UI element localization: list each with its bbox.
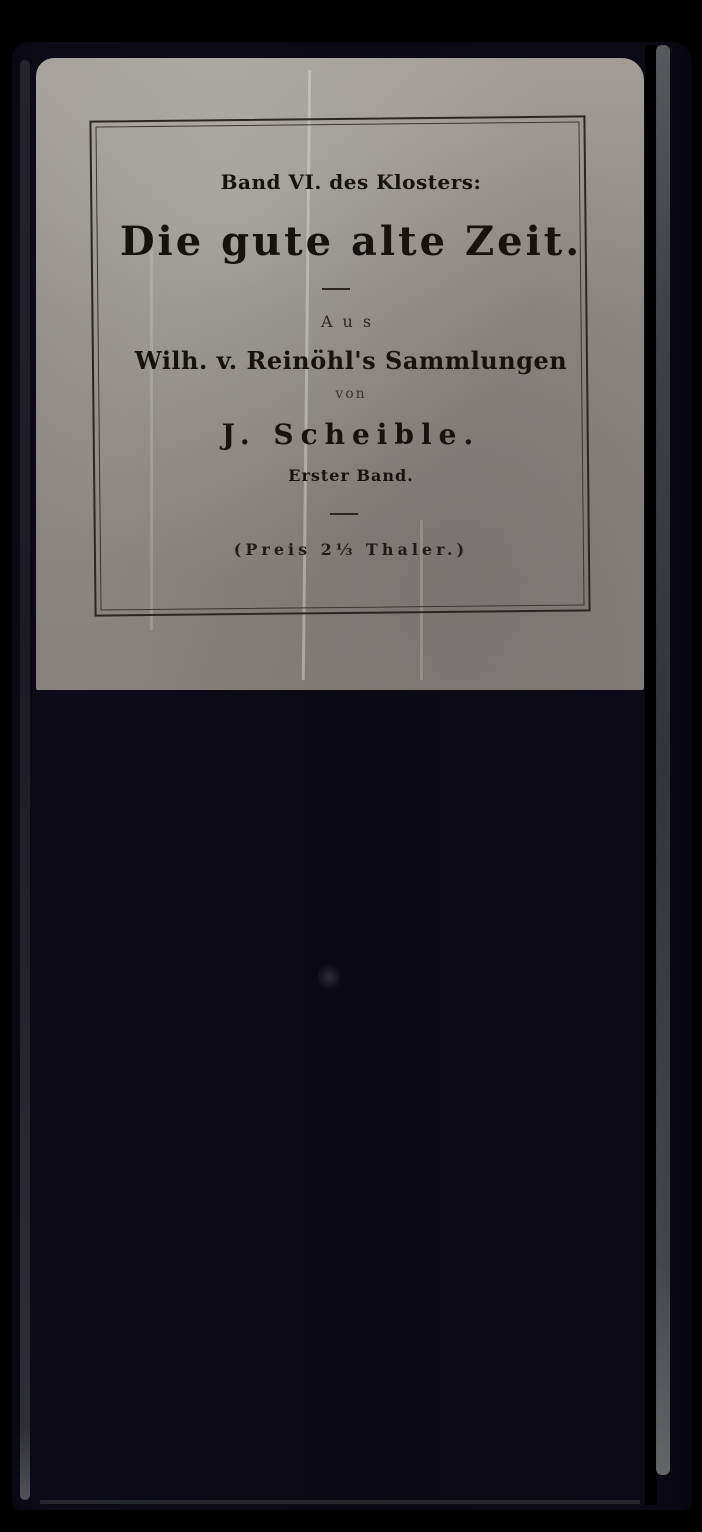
series-line: Band VI. des Klosters: — [0, 170, 702, 194]
book-title: Die gute alte Zeit. — [0, 218, 702, 265]
divider-rule — [322, 288, 350, 290]
from-word: Aus — [0, 312, 702, 331]
volume-label: Erster Band. — [0, 466, 702, 485]
spine-bottom-wear — [40, 1500, 640, 1504]
divider-rule — [330, 513, 358, 515]
by-word: von — [0, 386, 702, 402]
spine-left-edge-wear — [20, 60, 30, 1500]
price-label: (Preis 2⅓ Thaler.) — [0, 540, 702, 559]
source-line: Wilh. v. Reinöhl's Sammlungen — [0, 346, 702, 375]
author-name: J. Scheible. — [0, 418, 702, 451]
cover-blemish — [318, 962, 340, 992]
